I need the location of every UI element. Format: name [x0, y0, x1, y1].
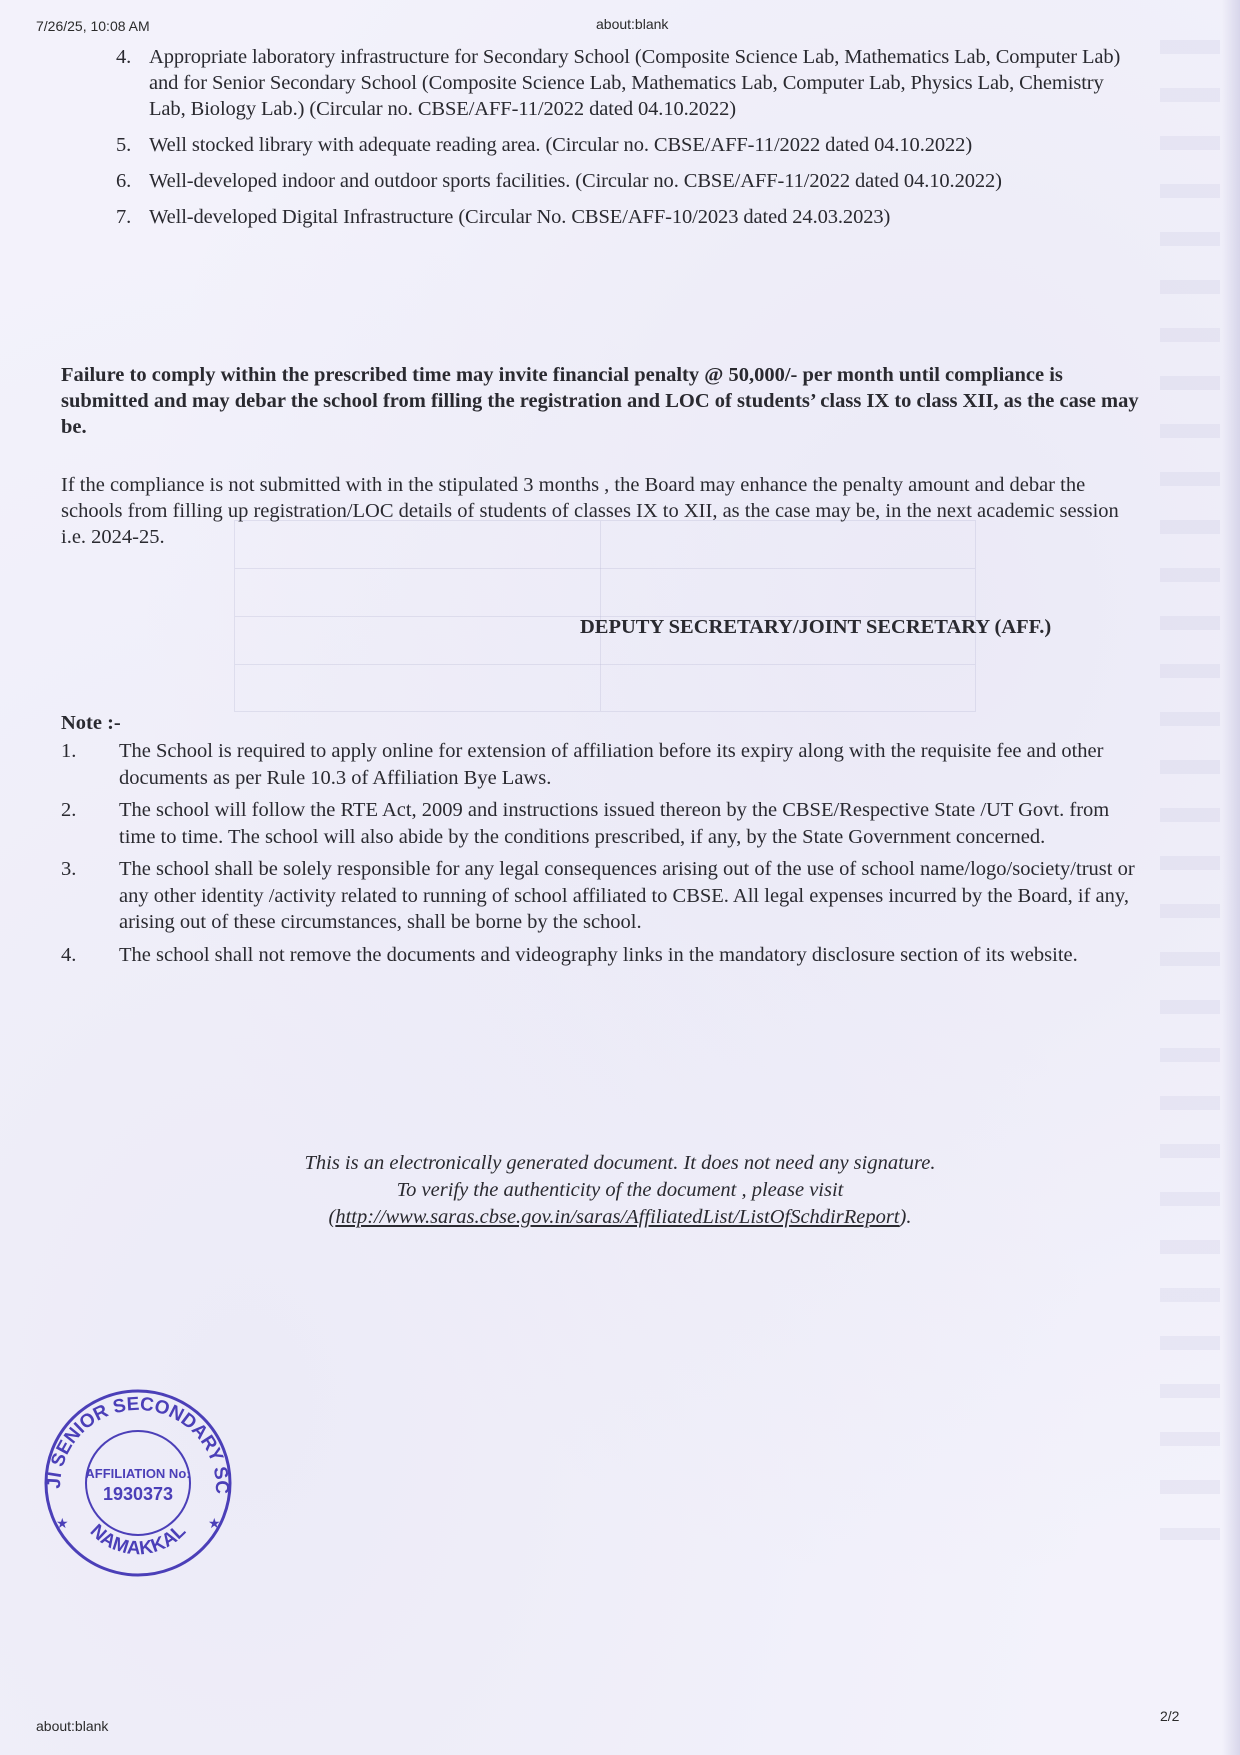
requirement-number: 4. — [116, 44, 149, 70]
notes-heading: Note :- — [61, 712, 121, 735]
signatory-designation: DEPUTY SECRETARY/JOINT SECRETARY (AFF.) — [580, 616, 1051, 639]
stamp-bottom-text: NAMAKKAL — [86, 1520, 191, 1559]
electronic-document-notice: This is an electronically generated docu… — [0, 1150, 1240, 1231]
bleed-through-text — [1160, 40, 1220, 1540]
print-footer-url: about:blank — [36, 1718, 108, 1734]
stamp-star-icon: ★ — [56, 1517, 69, 1532]
scan-edge-shadow — [1222, 0, 1240, 1755]
requirement-item: 6.Well-developed indoor and outdoor spor… — [116, 168, 1136, 194]
note-text: The school will follow the RTE Act, 2009… — [119, 797, 1141, 850]
requirement-text: Appropriate laboratory infrastructure fo… — [149, 46, 1120, 120]
requirement-item: 5.Well stocked library with adequate rea… — [116, 132, 1136, 158]
penalty-warning: Failure to comply within the prescribed … — [61, 362, 1141, 440]
note-item: 1.The School is required to apply online… — [61, 738, 1141, 791]
stamp-affiliation-number: 1930373 — [103, 1484, 173, 1504]
school-seal-stamp: KURINJI SENIOR SECONDARY SCHOOL NAMAKKAL… — [28, 1388, 248, 1578]
notice-line-2: To verify the authenticity of the docume… — [0, 1177, 1240, 1204]
notes-list: 1.The School is required to apply online… — [61, 738, 1141, 974]
notice-line-1: This is an electronically generated docu… — [0, 1150, 1240, 1177]
stamp-star-icon: ★ — [208, 1517, 221, 1532]
requirement-item: 4.Appropriate laboratory infrastructure … — [116, 44, 1136, 122]
requirements-list: 4.Appropriate laboratory infrastructure … — [116, 44, 1136, 240]
note-text: The school shall not remove the document… — [119, 942, 1141, 969]
requirement-text: Well-developed indoor and outdoor sports… — [149, 170, 1002, 192]
link-close-paren: ). — [900, 1206, 912, 1228]
note-number: 4. — [61, 942, 119, 969]
stamp-inner-ring — [86, 1431, 190, 1535]
note-text: The School is required to apply online f… — [119, 738, 1141, 791]
stamp-affiliation-label: AFFILIATION No: — [85, 1466, 190, 1481]
note-item: 4.The school shall not remove the docume… — [61, 942, 1141, 969]
requirement-number: 5. — [116, 132, 149, 158]
print-footer-page-number: 2/2 — [1160, 1708, 1179, 1724]
requirement-item: 7.Well-developed Digital Infrastructure … — [116, 204, 1136, 230]
enhancement-paragraph: If the compliance is not submitted with … — [61, 472, 1141, 550]
verification-link[interactable]: http://www.saras.cbse.gov.in/saras/Affil… — [335, 1206, 899, 1228]
requirement-text: Well stocked library with adequate readi… — [149, 134, 972, 156]
note-number: 3. — [61, 856, 119, 936]
note-number: 1. — [61, 738, 119, 791]
requirement-number: 6. — [116, 168, 149, 194]
print-header-datetime: 7/26/25, 10:08 AM — [36, 18, 150, 34]
requirement-text: Well-developed Digital Infrastructure (C… — [149, 206, 890, 228]
print-header-url: about:blank — [596, 16, 668, 32]
note-item: 2.The school will follow the RTE Act, 20… — [61, 797, 1141, 850]
notice-line-3: (http://www.saras.cbse.gov.in/saras/Affi… — [0, 1204, 1240, 1231]
note-item: 3.The school shall be solely responsible… — [61, 856, 1141, 936]
requirement-number: 7. — [116, 204, 149, 230]
note-number: 2. — [61, 797, 119, 850]
note-text: The school shall be solely responsible f… — [119, 856, 1141, 936]
